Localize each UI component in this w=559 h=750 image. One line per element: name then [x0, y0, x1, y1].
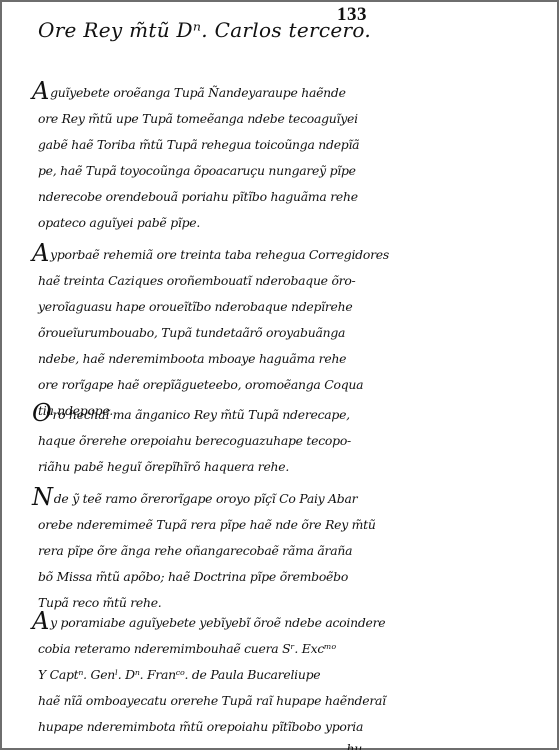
paragraph-line: gabẽ haẽ Toriba m̃tũ Tupã rehegua toicoũ… [32, 132, 362, 158]
paragraph-line: ore rorĩgape haẽ orepĩãgueteebo, oromoẽa… [32, 372, 362, 398]
paragraph-3: Oro hechaĩ ma ãnganico Rey m̃tũ Tupã nde… [32, 402, 362, 480]
paragraph-line: pe, haẽ Tupã toyocoũnga õpoacaruçu nunga… [32, 158, 362, 184]
paragraph-line: hu [32, 740, 362, 750]
paragraph-line: ore Rey m̃tũ upe Tupã tomeẽanga ndebe te… [32, 106, 362, 132]
paragraph-line: opateco aguĩyei pabẽ pĩpe. [32, 210, 362, 236]
dropcap: O [32, 399, 51, 427]
paragraph-4: Nde ỹ teẽ ramo õrerorĩgape oroyo pĩçĩ Co… [32, 486, 362, 616]
paragraph-2: Ayporbaẽ rehemiã ore treinta taba rehegu… [32, 242, 362, 424]
paragraph-line: õroueĩurumbouabo, Tupã tundetaãrõ oroyab… [32, 320, 362, 346]
manuscript-page: 133 Ore Rey m̃tũ Dⁿ. Carlos tercero. Agu… [0, 0, 559, 750]
paragraph-line: ndebe, haẽ nderemimboota mboaye haguãma … [32, 346, 362, 372]
dropcap: N [32, 483, 53, 511]
paragraph-line: hupape nderemimbota m̃tũ orepoiahu pĩtĩb… [32, 714, 362, 740]
dropcap: A [32, 607, 49, 635]
paragraph-line: Y Captⁿ. Genˡ. Dⁿ. Franᶜᵒ. de Paula Buca… [32, 662, 362, 688]
paragraph-line: haque õrerehe orepoiahu berecoguazuhape … [32, 428, 362, 454]
paragraph-line: Ayporbaẽ rehemiã ore treinta taba rehegu… [32, 242, 362, 268]
paragraph-line: cobia reteramo nderemimbouhaẽ cuera Sʳ. … [32, 636, 362, 662]
paragraph-line: Oro hechaĩ ma ãnganico Rey m̃tũ Tupã nde… [32, 402, 362, 428]
paragraph-line: haẽ nĩã omboayecatu orerehe Tupã raĩ hup… [32, 688, 362, 714]
letter-salutation: Ore Rey m̃tũ Dⁿ. Carlos tercero. [38, 18, 371, 42]
dropcap: A [32, 239, 49, 267]
paragraph-1: Aguĩyebete oroẽanga Tupã Ñandeyaraupe ha… [32, 80, 362, 236]
dropcap: A [32, 77, 49, 105]
paragraph-line: nderecobe orendebouã poriahu pĩtĩbo hagu… [32, 184, 362, 210]
paragraph-line: orebe nderemimeẽ Tupã rera pĩpe haẽ nde … [32, 512, 362, 538]
paragraph-line: Aguĩyebete oroẽanga Tupã Ñandeyaraupe ha… [32, 80, 362, 106]
paragraph-line: Nde ỹ teẽ ramo õrerorĩgape oroyo pĩçĩ Co… [32, 486, 362, 512]
paragraph-5: Ay poramiabe aguĩyebete yebĩyebĩ õroẽ nd… [32, 610, 362, 750]
paragraph-line: haẽ treinta Caziques oroñembouatĩ nderob… [32, 268, 362, 294]
paragraph-line: yeroĩaguasu hape oroueĩtĩbo nderobaque n… [32, 294, 362, 320]
paragraph-line: riãhu pabẽ heguĩ õrepĩhĩrõ haquera rehe. [32, 454, 362, 480]
paragraph-line: bõ Missa m̃tũ apõbo; haẽ Doctrina pĩpe õ… [32, 564, 362, 590]
paragraph-line: Ay poramiabe aguĩyebete yebĩyebĩ õroẽ nd… [32, 610, 362, 636]
paragraph-line: rera pĩpe õre ãnga rehe oñangarecobaẽ rã… [32, 538, 362, 564]
